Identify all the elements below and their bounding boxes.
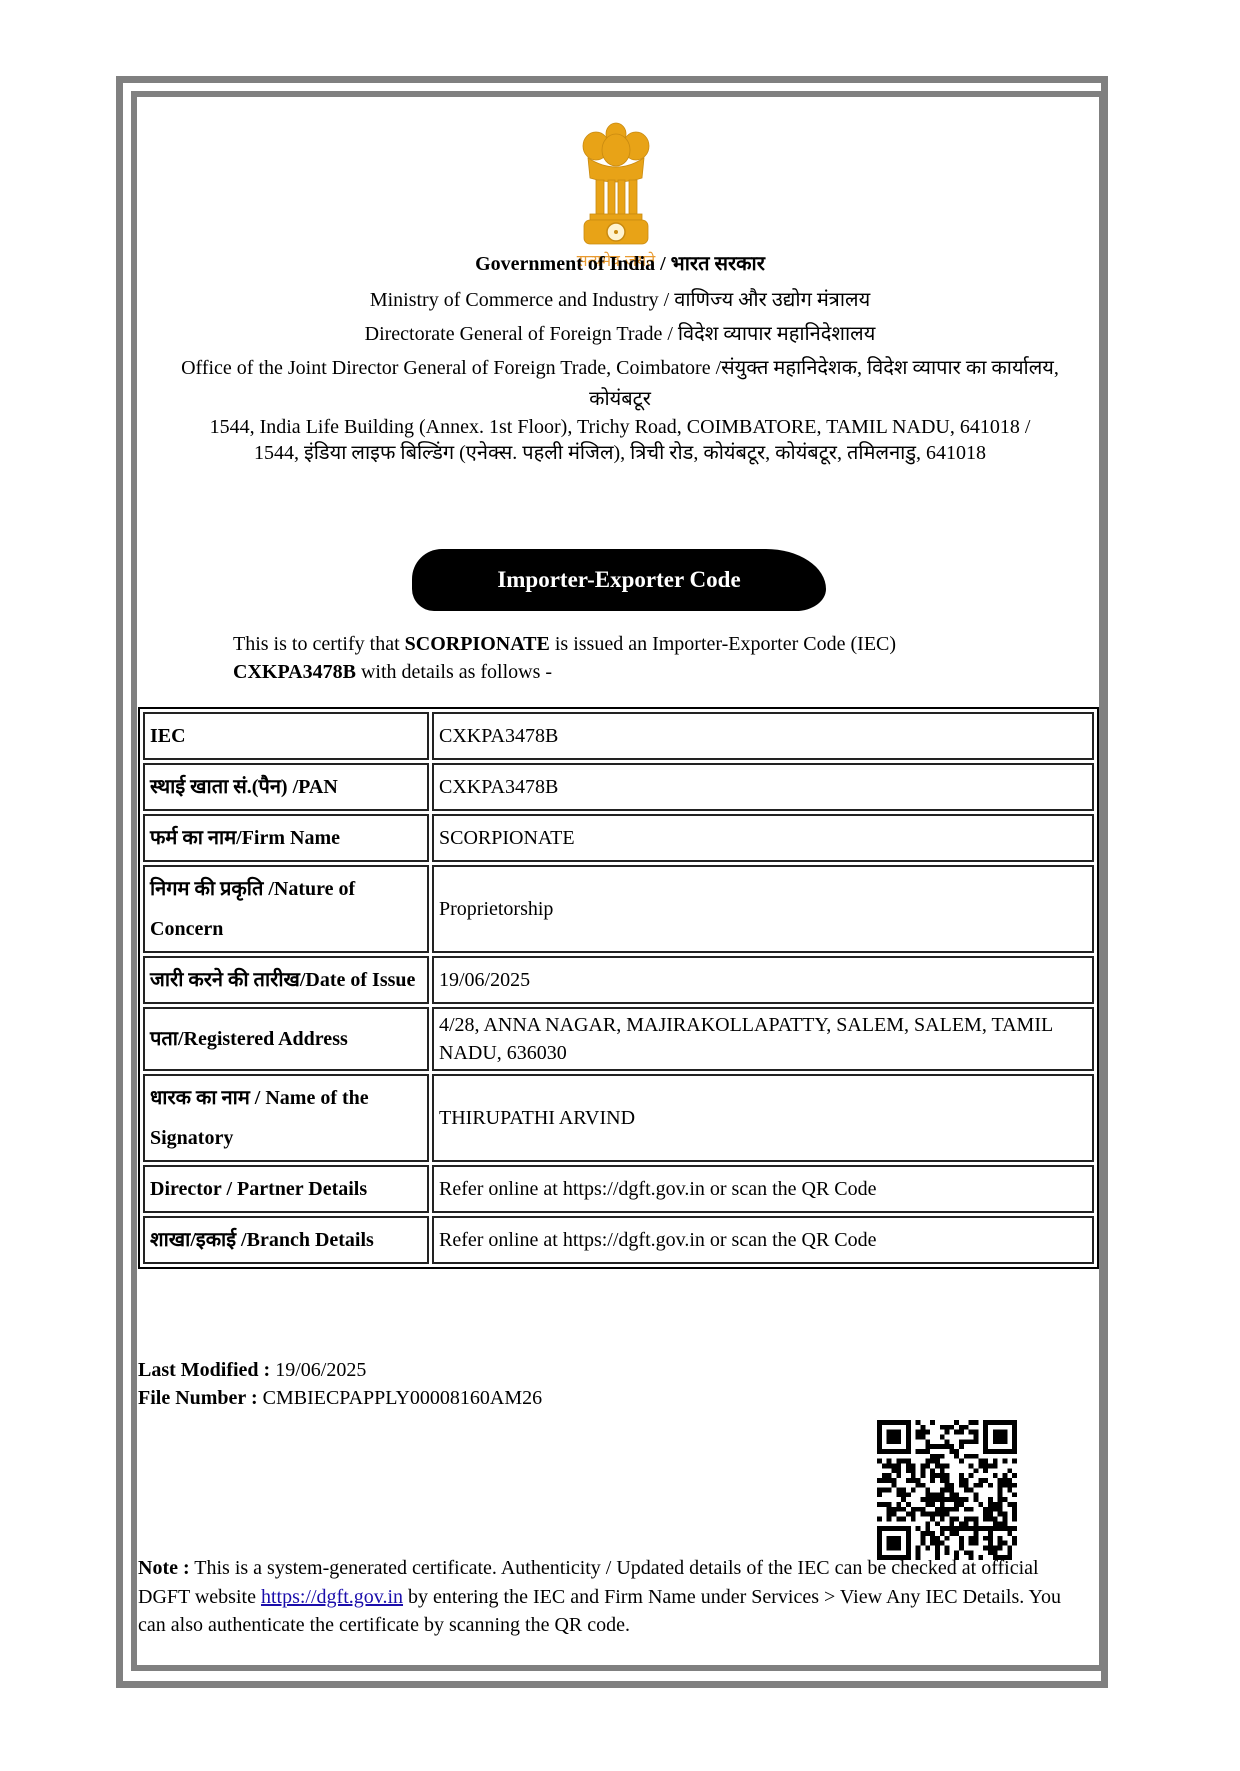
- table-row: स्थाई खाता सं.(पैन) /PANCXKPA3478B: [143, 763, 1094, 811]
- qr-code-icon[interactable]: [877, 1416, 1017, 1564]
- file-number-label: File Number :: [138, 1387, 258, 1409]
- ministry-line: Ministry of Commerce and Industry / वाणि…: [140, 288, 1100, 312]
- authenticity-note: Note : This is a system-generated certif…: [138, 1554, 1068, 1640]
- field-value: Refer online at https://dgft.gov.in or s…: [432, 1165, 1094, 1213]
- national-emblem-icon: सत्यमेव जयते: [566, 120, 666, 272]
- table-row: फर्म का नाम/Firm NameSCORPIONATE: [143, 814, 1094, 862]
- field-value: Refer online at https://dgft.gov.in or s…: [432, 1216, 1094, 1264]
- table-row: Director / Partner DetailsRefer online a…: [143, 1165, 1094, 1213]
- field-label: फर्म का नाम/Firm Name: [143, 814, 429, 862]
- last-modified-value: 19/06/2025: [270, 1359, 366, 1381]
- office-line-city: कोयंबटूर: [140, 387, 1100, 411]
- iec-details-table: IECCXKPA3478Bस्थाई खाता सं.(पैन) /PANCXK…: [138, 707, 1099, 1269]
- field-value: Proprietorship: [432, 865, 1094, 953]
- field-value: 4/28, ANNA NAGAR, MAJIRAKOLLAPATTY, SALE…: [432, 1007, 1094, 1071]
- office-address-hi: 1544, इंडिया लाइफ बिल्डिंग (एनेक्स. पहली…: [140, 441, 1100, 465]
- dgft-website-link[interactable]: https://dgft.gov.in: [261, 1586, 403, 1608]
- certificate-title-banner: Importer-Exporter Code: [412, 549, 826, 611]
- intro-prefix: This is to certify that: [233, 633, 405, 655]
- table-row: शाखा/इकाई /Branch DetailsRefer online at…: [143, 1216, 1094, 1264]
- certification-statement: This is to certify that SCORPIONATE is i…: [233, 630, 1013, 686]
- table-row: धारक का नाम / Name of the SignatoryTHIRU…: [143, 1074, 1094, 1162]
- intro-iec-code: CXKPA3478B: [233, 661, 356, 683]
- field-value: CXKPA3478B: [432, 763, 1094, 811]
- intro-firm-name: SCORPIONATE: [405, 633, 550, 655]
- field-label: IEC: [143, 712, 429, 760]
- directorate-line: Directorate General of Foreign Trade / व…: [140, 322, 1100, 346]
- office-line: Office of the Joint Director General of …: [140, 356, 1100, 380]
- file-number-value: CMBIECPAPPLY00008160AM26: [258, 1387, 543, 1409]
- government-title: Government of India / भारत सरकार: [140, 252, 1100, 276]
- last-modified-label: Last Modified :: [138, 1359, 270, 1381]
- table-row: पता/Registered Address4/28, ANNA NAGAR, …: [143, 1007, 1094, 1071]
- field-label: जारी करने की तारीख/Date of Issue: [143, 956, 429, 1004]
- intro-suffix: with details as follows -: [356, 661, 552, 683]
- office-address-en: 1544, India Life Building (Annex. 1st Fl…: [140, 415, 1100, 439]
- field-value: SCORPIONATE: [432, 814, 1094, 862]
- field-value: CXKPA3478B: [432, 712, 1094, 760]
- field-label: स्थाई खाता सं.(पैन) /PAN: [143, 763, 429, 811]
- table-row: जारी करने की तारीख/Date of Issue19/06/20…: [143, 956, 1094, 1004]
- certificate-title: Importer-Exporter Code: [497, 567, 740, 593]
- note-label: Note :: [138, 1557, 190, 1579]
- field-label: शाखा/इकाई /Branch Details: [143, 1216, 429, 1264]
- field-label: Director / Partner Details: [143, 1165, 429, 1213]
- field-value: THIRUPATHI ARVIND: [432, 1074, 1094, 1162]
- last-modified: Last Modified : 19/06/2025: [138, 1356, 366, 1384]
- table-row: निगम की प्रकृति /Nature of ConcernPropri…: [143, 865, 1094, 953]
- field-label: पता/Registered Address: [143, 1007, 429, 1071]
- field-label: निगम की प्रकृति /Nature of Concern: [143, 865, 429, 953]
- field-value: 19/06/2025: [432, 956, 1094, 1004]
- intro-middle: is issued an Importer-Exporter Code (IEC…: [550, 633, 896, 655]
- field-label: धारक का नाम / Name of the Signatory: [143, 1074, 429, 1162]
- table-row: IECCXKPA3478B: [143, 712, 1094, 760]
- file-number: File Number : CMBIECPAPPLY00008160AM26: [138, 1384, 542, 1412]
